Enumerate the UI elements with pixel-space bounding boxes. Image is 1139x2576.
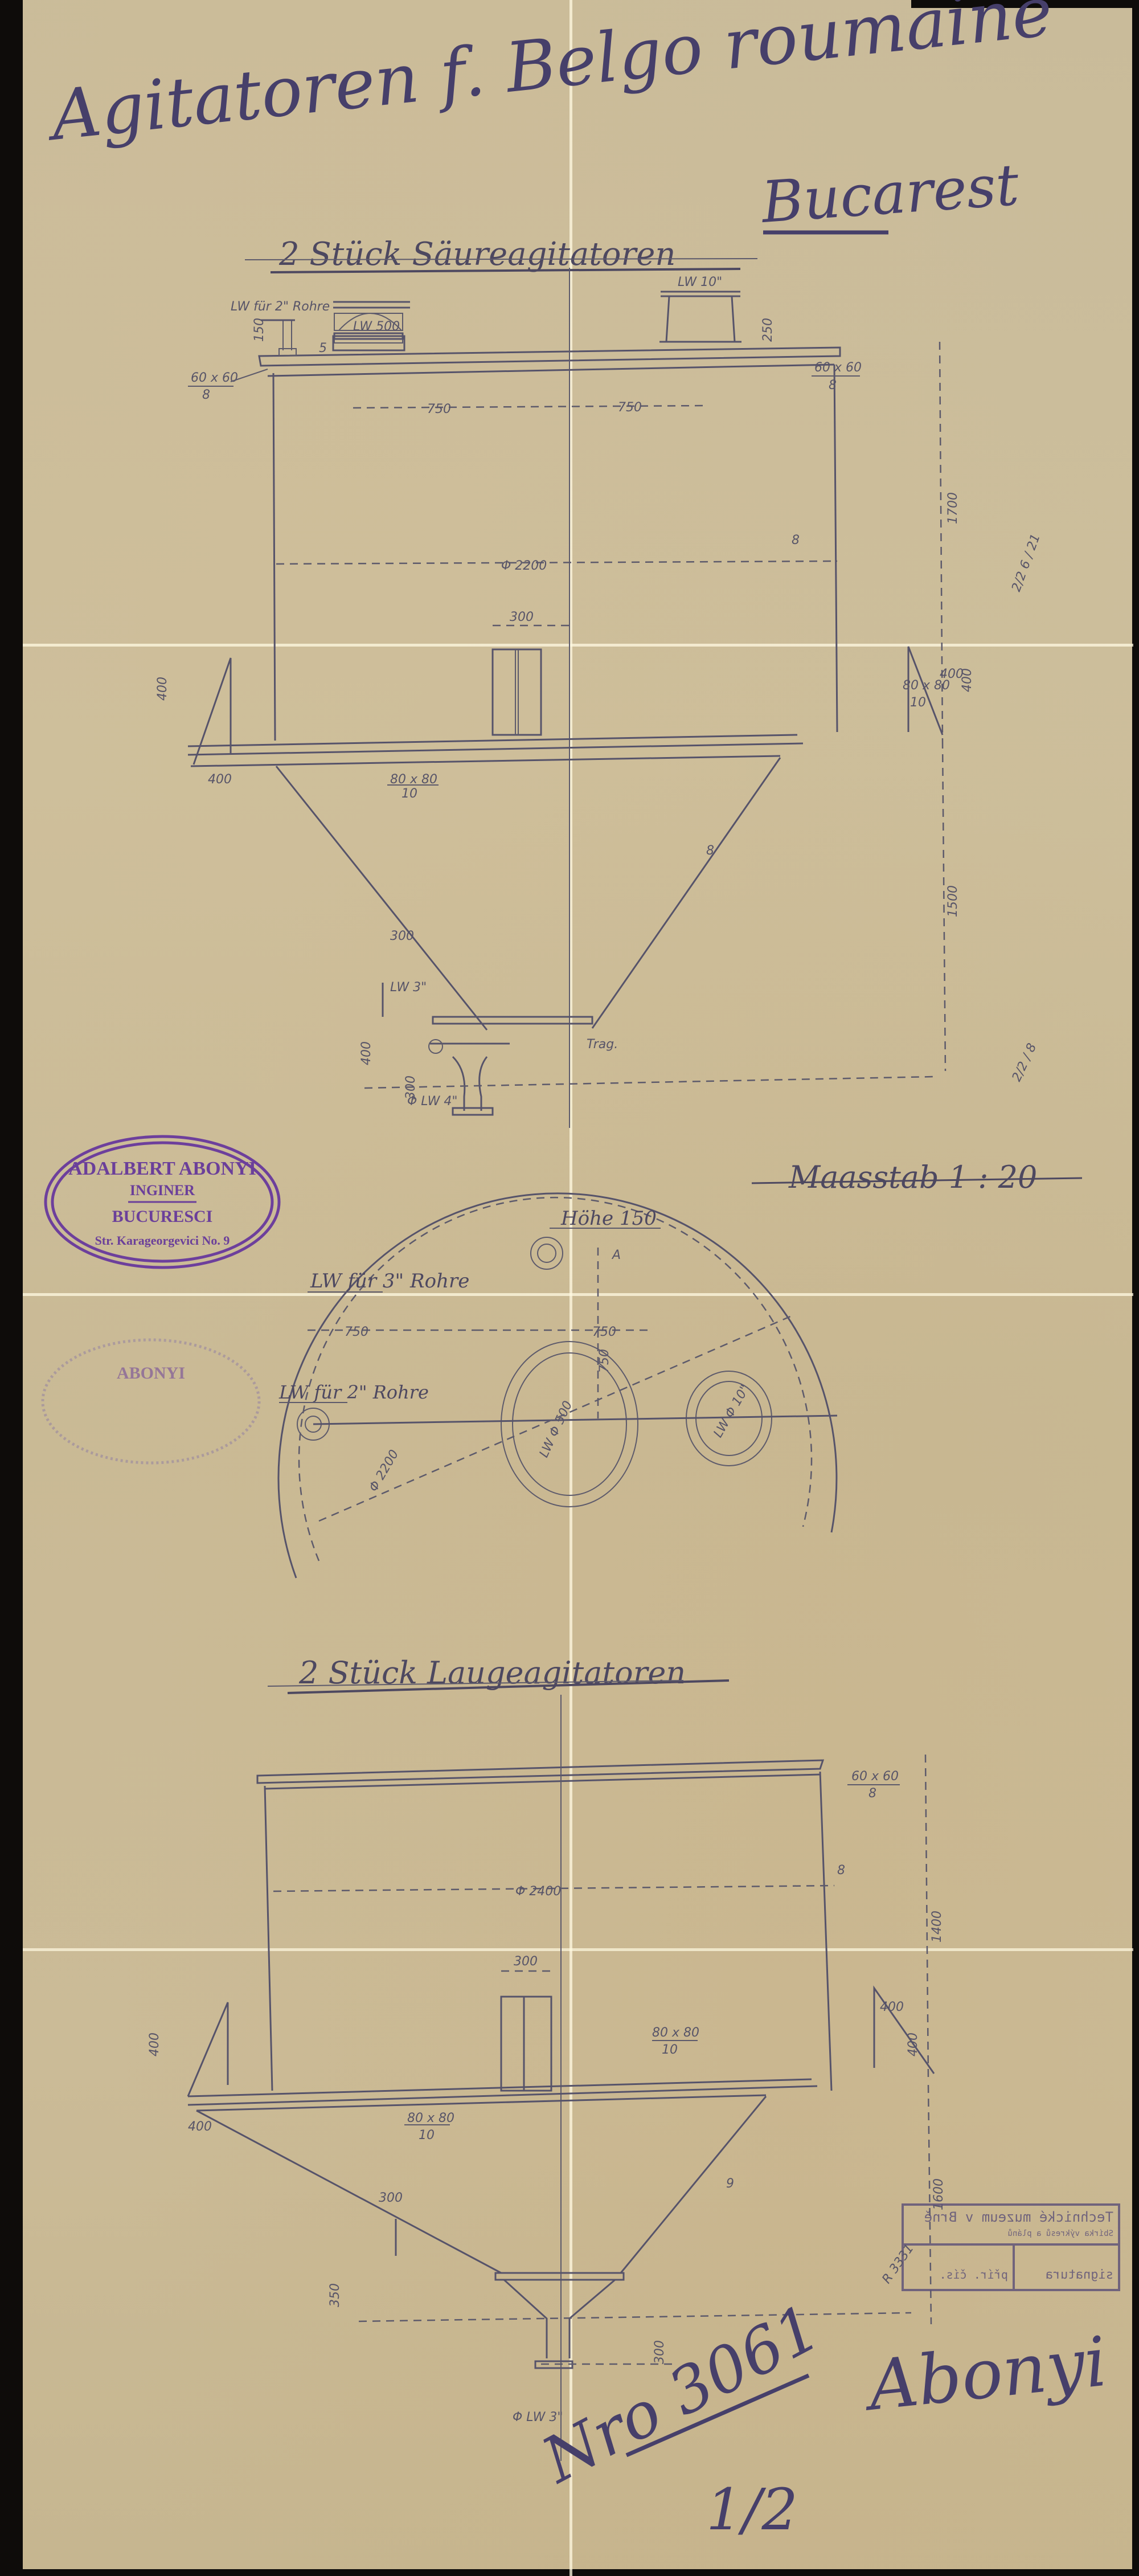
svg-text:150: 150 [252, 318, 267, 342]
margin-note: 2/2 / 8 [1010, 1041, 1040, 1084]
svg-text:10: 10 [419, 2128, 435, 2142]
svg-text:LW 3": LW 3" [390, 980, 427, 995]
faded-stamp: ABONYI [43, 1340, 259, 1463]
margin-note: 2/2 6 / 21 [1009, 532, 1043, 594]
svg-text:400: 400 [359, 1041, 374, 1065]
svg-text:80 x 80: 80 x 80 [407, 2111, 454, 2125]
title-line-2: Bucarest [759, 152, 1022, 236]
acid-agitator-elevation: 2 Stück Säureagitatoren LW für 2" Rohre … [155, 236, 974, 1128]
svg-text:80 x 80: 80 x 80 [903, 678, 950, 693]
svg-text:signatura: signatura [1046, 2268, 1113, 2282]
manhole-500: LW 500 [333, 302, 410, 350]
nozzle-10in: LW 10" 250 [659, 275, 775, 342]
svg-text:Nro 3061: Nro 3061 [529, 2291, 831, 2497]
svg-text:10: 10 [910, 696, 926, 710]
svg-text:Sbírka výkresů a plánů: Sbírka výkresů a plánů [1008, 2229, 1113, 2238]
svg-text:9: 9 [726, 2177, 734, 2191]
svg-text:8: 8 [792, 533, 800, 547]
svg-text:300: 300 [390, 929, 414, 943]
museum-stamp: Technické muzeum v Brně Sbírka výkresů a… [903, 2205, 1119, 2290]
stamp-address: Str. Karageorgevici No. 9 [95, 1233, 230, 1248]
acid-heading: 2 Stück Säureagitatoren [278, 236, 675, 273]
svg-text:8: 8 [868, 1786, 876, 1801]
svg-text:750: 750 [345, 1325, 368, 1339]
title-block: Agitatoren f. Belgo roumaine Bucarest [42, 0, 1056, 236]
drawing-number: Nro 3061 1/2 [529, 2291, 831, 2543]
svg-text:A: A [611, 1248, 621, 1262]
scale-label: Maasstab 1 : 20 [752, 1159, 1082, 1195]
svg-text:LW 10": LW 10" [678, 275, 722, 289]
svg-text:400: 400 [188, 2120, 212, 2134]
svg-text:300: 300 [510, 610, 534, 624]
svg-text:750: 750 [592, 1325, 616, 1339]
lye-agitator-elevation: 2 Stück Laugeagitatoren 60 x 60 8 8 Φ 24… [148, 1655, 946, 2461]
plan-view: Höhe 150 A LW für 3" Rohre LW für 2" Roh… [278, 1193, 837, 1578]
svg-text:Technické muzeum v Brně: Technické muzeum v Brně [924, 2209, 1113, 2225]
stamp-city: BUCURESCI [112, 1207, 213, 1226]
svg-text:10: 10 [401, 787, 417, 801]
svg-text:ABONYI: ABONYI [117, 1364, 185, 1383]
svg-text:LW 500: LW 500 [353, 320, 400, 334]
svg-text:LW für 3" Rohre: LW für 3" Rohre [310, 1270, 469, 1293]
svg-text:1700: 1700 [946, 492, 960, 524]
svg-text:8: 8 [202, 388, 210, 402]
svg-text:400: 400 [208, 772, 232, 787]
svg-text:60 x 60: 60 x 60 [851, 1769, 899, 1784]
svg-text:Maasstab 1 : 20: Maasstab 1 : 20 [788, 1159, 1037, 1195]
svg-text:8: 8 [829, 378, 837, 392]
svg-text:Trag.: Trag. [587, 1037, 618, 1052]
svg-text:přír. čís.: přír. čís. [940, 2268, 1008, 2281]
svg-text:LW für 2" Rohre: LW für 2" Rohre [231, 300, 330, 314]
svg-text:Φ 2200: Φ 2200 [501, 559, 547, 573]
svg-text:LW Φ 500: LW Φ 500 [537, 1399, 576, 1460]
svg-text:400: 400 [155, 677, 170, 701]
svg-text:Höhe 150: Höhe 150 [560, 1207, 657, 1230]
svg-text:300: 300 [653, 2340, 667, 2364]
svg-text:10: 10 [662, 2043, 678, 2057]
svg-text:Φ 2400: Φ 2400 [515, 1884, 561, 1899]
svg-text:60 x 60: 60 x 60 [191, 371, 238, 385]
svg-text:80 x 80: 80 x 80 [652, 2026, 699, 2040]
svg-text:LW Φ 10": LW Φ 10" [711, 1383, 753, 1440]
signature: Abonyi [859, 2323, 1111, 2427]
title-line-1: Agitatoren f. Belgo roumaine [42, 0, 1056, 157]
svg-text:750: 750 [427, 402, 451, 416]
nozzle-2in: LW für 2" Rohre 150 5 [231, 300, 330, 355]
svg-text:60 x 60: 60 x 60 [814, 361, 862, 375]
svg-text:LW für 2" Rohre: LW für 2" Rohre [278, 1381, 429, 1403]
museum-accession-number: R 3331 [879, 2242, 916, 2286]
svg-text:400: 400 [906, 2033, 920, 2056]
svg-text:350: 350 [328, 2283, 342, 2307]
svg-text:300: 300 [379, 2191, 403, 2205]
svg-text:1400: 1400 [930, 1911, 944, 1943]
svg-text:400: 400 [148, 2033, 162, 2056]
svg-text:8: 8 [837, 1863, 845, 1878]
technical-drawing: Agitatoren f. Belgo roumaine Bucarest 2 … [0, 0, 1139, 2576]
svg-text:250: 250 [761, 318, 775, 342]
svg-text:8: 8 [706, 844, 714, 858]
stamp-name: ADALBERT ABONYI [68, 1158, 256, 1179]
sheet-fraction: 1/2 [706, 2476, 798, 2543]
svg-text:750: 750 [618, 400, 642, 415]
svg-text:1500: 1500 [946, 885, 960, 917]
stamp-title: INGINER [130, 1182, 195, 1199]
engineer-stamp: ADALBERT ABONYI INGINER BUCURESCI Str. K… [46, 1136, 279, 1267]
svg-text:300: 300 [514, 1955, 538, 1969]
svg-text:5: 5 [319, 341, 327, 355]
svg-text:400: 400 [880, 2000, 904, 2014]
